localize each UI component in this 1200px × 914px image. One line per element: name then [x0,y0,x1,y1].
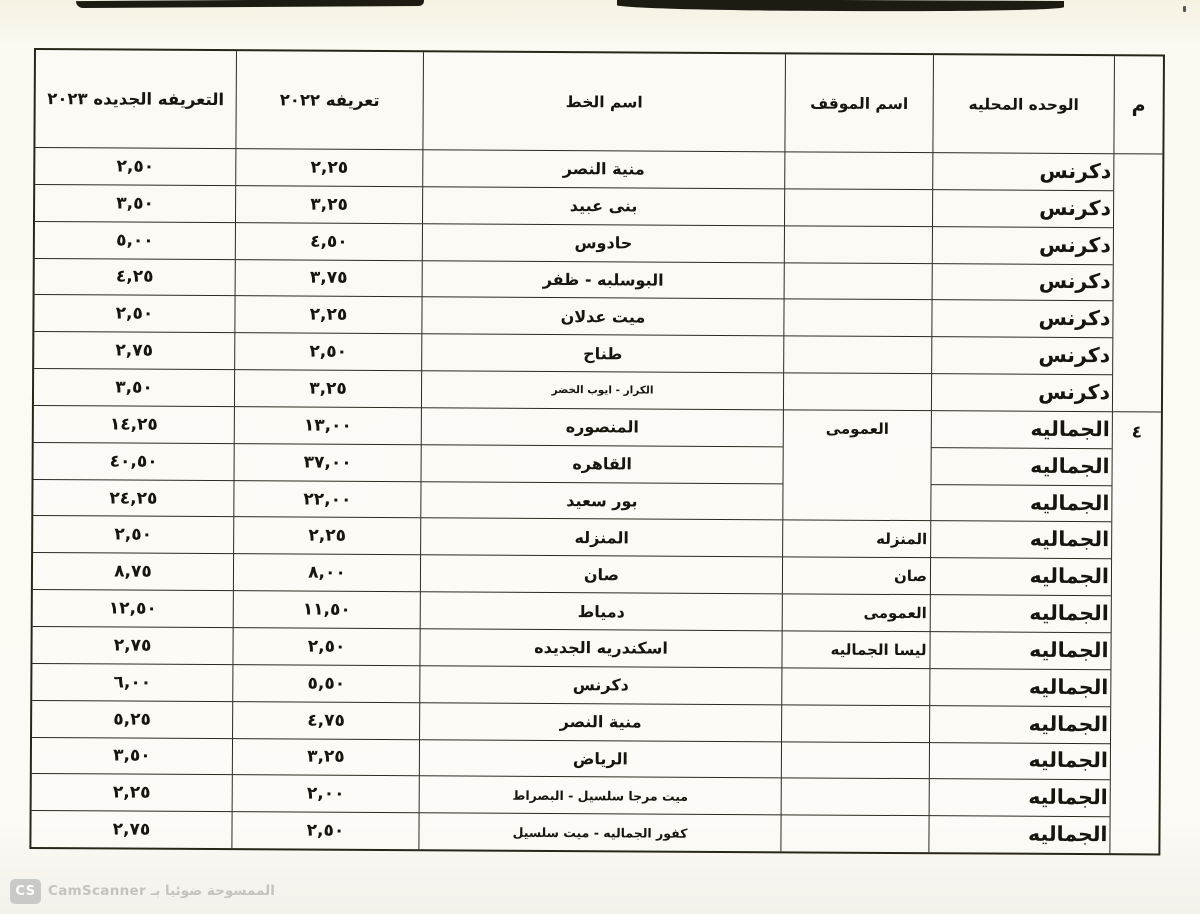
cell-tariff-2022: ٢,٢٥ [235,148,422,186]
header-cell-local-unit: الوحده المحليه [932,55,1114,153]
cell-tariff-2023: ٢,٧٥ [34,331,234,369]
cell-stop-name [781,704,929,742]
cell-tariff-2023: ٢,٢٥ [32,773,232,811]
tariff-table: التعريفه الجديده ٢٠٢٣تعريفه ٢٠٢٢اسم الخط… [29,48,1165,856]
cell-tariff-2022: ١١,٥٠ [233,590,420,628]
cell-tariff-2023: ٣,٥٠ [32,737,232,775]
cell-tariff-2023: ٣,٥٠ [35,184,235,222]
cell-tariff-2023: ٢,٧٥ [31,810,231,848]
cell-tariff-2023: ٦,٠٠ [32,663,232,701]
cell-stop-name [784,225,932,263]
cell-local-unit: دكرنس [931,300,1112,338]
cell-line-name: القاهره [421,444,783,483]
cell-stop-name-merged: العمومى [782,409,931,520]
cell-line-name: بنى عبيد [422,186,784,225]
scan-artifact-top-left [76,0,424,8]
cell-local-unit: دكرنس [932,226,1113,264]
camscanner-watermark-text: الممسوحة ضوئيا بـ CamScanner [48,883,275,899]
cell-local-unit: الجماليه [931,410,1112,448]
cell-tariff-2022: ٢٢,٠٠ [233,480,420,518]
cell-local-unit: دكرنس [932,263,1113,301]
cell-tariff-2022: ٥,٥٠ [232,664,419,702]
cell-tariff-2022: ٣,٢٥ [234,369,421,407]
cell-tariff-2022: ٣,٢٥ [235,185,422,223]
cell-tariff-2023: ٢,٥٠ [34,294,234,332]
cell-tariff-2022: ٣,٧٥ [235,259,422,297]
cell-local-unit: الجماليه [929,779,1110,817]
scan-artifact-top-right [617,0,1064,12]
cell-stop-name [783,372,931,410]
header-cell-stop-name: اسم الموقف [784,54,933,152]
cell-line-name: ميت عدلان [421,297,783,336]
header-cell-tariff-2022: تعريفه ٢٠٢٢ [235,51,423,149]
cell-tariff-2022: ٨,٠٠ [233,553,420,591]
scanned-document-page: التعريفه الجديده ٢٠٢٣تعريفه ٢٠٢٢اسم الخط… [0,0,1200,914]
cell-local-unit: الجماليه [929,631,1110,669]
cell-line-name: بور سعيد [420,481,782,520]
cell-tariff-2022: ٤,٧٥ [232,701,419,739]
cell-line-name: دمياط [420,591,782,630]
cell-stop-name [784,262,932,300]
cell-line-name: الكرار - ايوب الخضر [421,370,783,409]
cell-line-name: طناح [421,333,783,372]
cell-tariff-2022: ٢,٥٠ [232,627,419,665]
cell-local-unit: الجماليه [931,447,1112,485]
cell-serial-empty [1112,153,1162,411]
cell-tariff-2023: ٢٤,٢٥ [33,479,233,517]
camscanner-logo-icon: CS [10,879,41,904]
cell-stop-name: العمومى [782,593,930,631]
cell-line-name: البوسلبه - ظفر [422,260,784,299]
cell-tariff-2023: ٢,٥٠ [33,515,233,553]
cell-stop-name [783,336,931,374]
cell-stop-name [784,188,932,226]
cell-local-unit: الجماليه [930,521,1111,559]
cell-line-name: منية النصر [422,149,784,188]
cell-local-unit: الجماليه [930,557,1111,595]
cell-stop-name [781,778,929,816]
cell-tariff-2023: ٤,٢٥ [35,258,235,296]
cell-tariff-2023: ٨,٧٥ [33,552,233,590]
cell-local-unit: الجماليه [929,705,1110,743]
cell-local-unit: الجماليه [929,668,1110,706]
cell-local-unit: دكرنس [931,336,1112,374]
cell-tariff-2023: ٢,٥٠ [35,147,235,185]
cell-tariff-2023: ٢,٧٥ [32,626,232,664]
cell-stop-name [783,299,931,337]
cell-stop-name: صان [782,557,930,595]
cell-local-unit: دكرنس [931,373,1112,411]
scan-artifact-dot [1183,6,1186,12]
cell-local-unit: الجماليه [930,484,1111,522]
camscanner-watermark: CS الممسوحة ضوئيا بـ CamScanner [10,876,275,906]
cell-tariff-2022: ٣٧,٠٠ [234,443,421,481]
cell-line-name: منية النصر [419,702,781,741]
cell-stop-name [781,667,929,705]
cell-tariff-2023: ٥,٠٠ [35,221,235,259]
cell-line-name: دكرنس [419,665,781,704]
cell-stop-name [780,815,928,853]
cell-tariff-2022: ٢,٥٠ [231,811,418,849]
cell-line-name: الرياض [419,739,781,778]
cell-serial-group: ٤ [1109,411,1161,853]
cell-tariff-2023: ١٢,٥٠ [33,589,233,627]
cell-stop-name [781,741,929,779]
cell-line-name: حادوس [422,223,784,262]
cell-stop-name [784,151,932,189]
cell-line-name: ميت مرجا سلسيل - البصراط [419,776,781,815]
cell-line-name: كفور الجماليه - ميت سلسيل [418,812,780,851]
cell-tariff-2022: ٣,٢٥ [232,738,419,776]
cell-tariff-2022: ٢,٢٥ [233,517,420,555]
cell-tariff-2022: ٢,٢٥ [234,296,421,334]
cell-tariff-2023: ١٤,٢٥ [34,405,234,443]
header-cell-line-name: اسم الخط [422,52,785,151]
tariff-grid: التعريفه الجديده ٢٠٢٣تعريفه ٢٠٢٢اسم الخط… [29,48,1165,856]
cell-local-unit: دكرنس [932,152,1113,190]
header-cell-serial: م [1113,56,1163,153]
cell-local-unit: الجماليه [929,742,1110,780]
header-cell-tariff-2023: التعريفه الجديده ٢٠٢٣ [35,50,236,148]
cell-tariff-2022: ٢,٠٠ [232,774,419,812]
cell-line-name: المنصوره [421,407,783,446]
cell-tariff-2023: ٤٠,٥٠ [34,442,234,480]
cell-stop-name: ليسا الجماليه [781,630,929,668]
cell-local-unit: دكرنس [932,189,1113,227]
cell-tariff-2023: ٣,٥٠ [34,368,234,406]
cell-local-unit: الجماليه [928,815,1109,853]
cell-local-unit: الجماليه [930,594,1111,632]
cell-stop-name: المنزله [782,520,930,558]
cell-tariff-2022: ٤,٥٠ [235,222,422,260]
cell-tariff-2023: ٥,٢٥ [32,700,232,738]
cell-line-name: صان [420,555,782,594]
cell-tariff-2022: ١٣,٠٠ [234,406,421,444]
cell-tariff-2022: ٢,٥٠ [234,332,421,370]
cell-line-name: المنزله [420,518,782,557]
cell-line-name: اسكندريه الجديده [419,628,781,667]
